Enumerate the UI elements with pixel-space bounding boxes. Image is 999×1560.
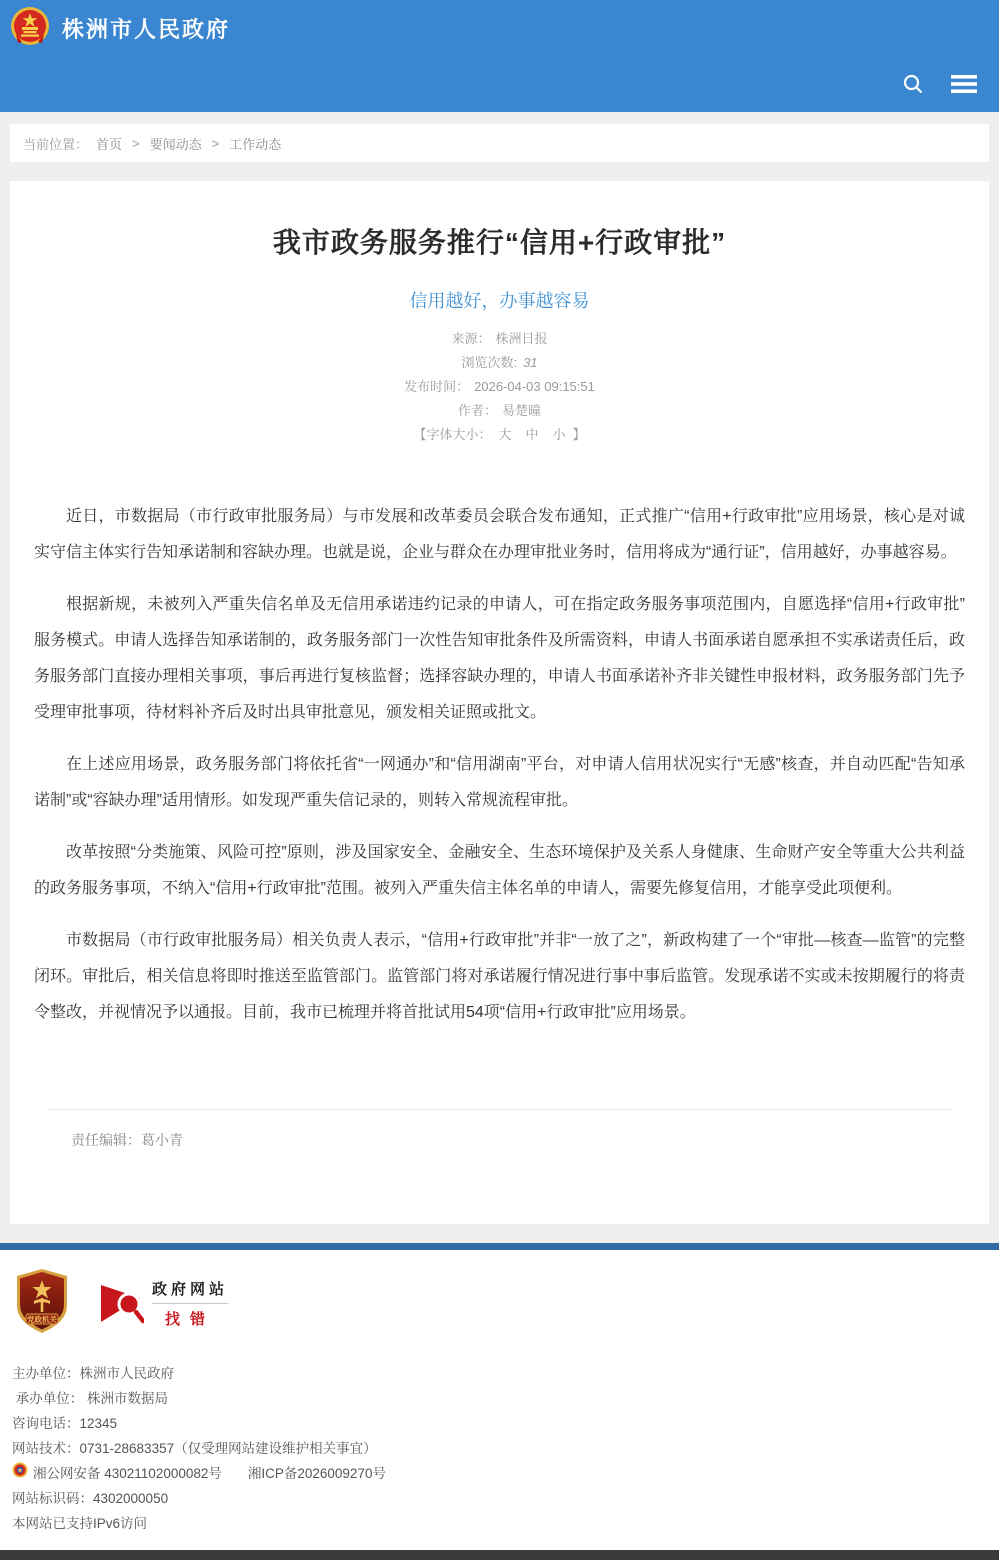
meta-source: 来源：株洲日报 <box>25 327 974 351</box>
article-paragraph: 改革按照“分类施策、风险可控”原则，涉及国家安全、金融安全、生态环境保护及关系人… <box>34 835 965 907</box>
footer-info-line: 网站标识码：4302000050 <box>12 1486 987 1511</box>
fontsize-option[interactable]: 小 <box>553 427 566 442</box>
article-paragraph: 市数据局（市行政审批服务局）相关负责人表示，“信用+行政审批”并非“一放了之”，… <box>34 923 965 1031</box>
article-paragraph: 近日，市数据局（市行政审批服务局）与市发展和改革委员会联合发布通知，正式推广“信… <box>34 499 965 571</box>
meta-views: 浏览次数:31 <box>25 351 974 375</box>
breadcrumb: 当前位置： 首页 > 要闻动态 > 工作动态 <box>10 124 989 162</box>
footer-info-line: 承办单位： 株洲市数据局 <box>12 1386 987 1411</box>
breadcrumb-label: 当前位置： <box>23 134 88 153</box>
footer-beian-line: 湘公网安备 43021102000082号 湘ICP备2026009270号 <box>12 1461 987 1486</box>
footer-info-line: 主办单位：株洲市人民政府 <box>12 1361 987 1386</box>
fontsize-option[interactable]: 大 <box>498 427 511 442</box>
error-report-magnifier-icon <box>100 1281 144 1327</box>
editor-line: 责任编辑：葛小青 <box>47 1109 952 1178</box>
article-paragraph: 在上述应用场景，政务服务部门将依托省“一网通办”和“信用湖南”平台，对申请人信用… <box>34 747 965 819</box>
footer-logos: 党政机关 政府网站 找错 <box>12 1268 987 1339</box>
footer-info-line: 本网站已支持IPv6访问 <box>12 1511 987 1536</box>
gongan-beian-link[interactable]: 湘公网安备 43021102000082号 <box>33 1461 222 1486</box>
breadcrumb-link[interactable]: 要闻动态 <box>150 134 202 153</box>
article-card: 我市政务服务推行“信用+行政审批” 信用越好，办事越容易 来源：株洲日报 浏览次… <box>10 181 989 1224</box>
party-government-badge-icon[interactable]: 党政机关 <box>14 1268 70 1339</box>
menu-icon[interactable] <box>951 74 977 94</box>
search-icon[interactable] <box>901 72 925 96</box>
article-body: 近日，市数据局（市行政审批服务局）与市发展和改革委员会联合发布通知，正式推广“信… <box>25 499 974 1031</box>
breadcrumb-separator: > <box>212 136 220 151</box>
footer-info-line: 咨询电话：12345 <box>12 1411 987 1436</box>
error-report-title: 政府网站 <box>152 1278 228 1304</box>
meta-fontsize-control: 【字体大小：大中小】 <box>25 423 974 447</box>
breadcrumb-link[interactable]: 首页 <box>96 134 122 153</box>
public-security-badge-icon <box>12 1461 33 1486</box>
breadcrumb-link[interactable]: 工作动态 <box>229 134 281 153</box>
site-header: 株洲市人民政府 <box>0 0 999 56</box>
svg-text:党政机关: 党政机关 <box>27 1314 57 1324</box>
site-footer: 党政机关 政府网站 找错 主办单位：株洲市人民政府 承办单位： 株洲市数据局咨询… <box>0 1250 999 1550</box>
national-emblem-icon <box>10 6 50 51</box>
article-meta: 来源：株洲日报 浏览次数:31 发布时间：2026-04-03 09:15:51… <box>25 327 974 447</box>
article-paragraph: 根据新规，未被列入严重失信名单及无信用承诺违约记录的申请人，可在指定政务服务事项… <box>34 587 965 731</box>
meta-author: 作者：易楚曈 <box>25 399 974 423</box>
footer-info: 主办单位：株洲市人民政府 承办单位： 株洲市数据局咨询电话：12345网站技术：… <box>12 1361 987 1536</box>
article-subtitle: 信用越好，办事越容易 <box>25 287 974 313</box>
breadcrumb-separator: > <box>132 136 140 151</box>
bottom-bar <box>0 1550 999 1560</box>
icp-beian-link[interactable]: 湘ICP备2026009270号 <box>248 1461 386 1486</box>
footer-divider <box>0 1243 999 1250</box>
footer-info-line: 网站技术：0731-28683357（仅受理网站建设维护相关事宜） <box>12 1436 987 1461</box>
error-report-action: 找错 <box>152 1308 228 1329</box>
site-title[interactable]: 株洲市人民政府 <box>62 13 230 44</box>
article-title: 我市政务服务推行“信用+行政审批” <box>25 221 974 261</box>
header-toolbar <box>0 56 999 112</box>
meta-publish-time: 发布时间：2026-04-03 09:15:51 <box>25 375 974 399</box>
website-error-report-badge[interactable]: 政府网站 找错 <box>100 1278 228 1329</box>
fontsize-option[interactable]: 中 <box>525 427 538 442</box>
